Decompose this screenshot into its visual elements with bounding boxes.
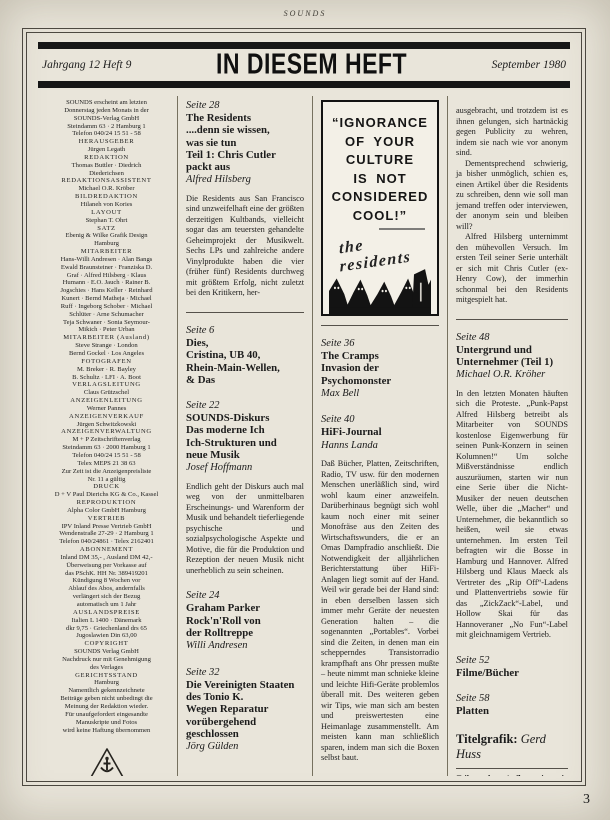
masthead-line: Telex MEPS 21 38 63 — [41, 460, 172, 468]
masthead-line: Werner Pannes — [41, 405, 172, 413]
masthead-heading: REDAKTION — [41, 154, 172, 162]
masthead-heading: HERAUSGEBER — [41, 138, 172, 146]
ad-line: CONSIDERED — [329, 188, 431, 207]
masthead-line: Jogschies · Hans Keller · Reinhard — [41, 287, 172, 295]
masthead-line: M. Breker · R. Bayley — [41, 366, 172, 374]
masthead-line: Steve Strange · London — [41, 342, 172, 350]
residents-ad: “IGNORANCE OF YOUR CULTURE IS NOT CONSID… — [321, 100, 439, 316]
entry-title: Untergrund und — [456, 344, 568, 356]
masthead-line: Humann · E.O. Jauch · Rainer B. — [41, 279, 172, 287]
toc-column-3: ausgebracht, und trotzdem ist es ihnen g… — [448, 96, 572, 776]
toc-entry: Seite 48Untergrund undUnternehmer (Teil … — [456, 331, 568, 641]
entry-body: Die Residents aus San Francisco sind unz… — [186, 194, 304, 299]
masthead-line: Donnerstag jeden Monats in der — [41, 107, 172, 115]
masthead-heading: COPYRIGHT — [41, 640, 172, 648]
masthead-heading: REPRODUKTION — [41, 499, 172, 507]
masthead-heading: MITARBEITER (Ausland) — [41, 334, 172, 342]
entry-author: Josef Hoffmann — [186, 461, 304, 475]
entry-title: Filme/Bücher — [456, 667, 568, 679]
entry-title: vorübergehend — [186, 716, 304, 728]
ad-line: COOL!” — [329, 207, 431, 226]
issue-label: Jahrgang 12 Heft 9 — [42, 59, 131, 71]
magazine-name: SOUNDS — [0, 9, 610, 18]
entry-title: neue Musik — [186, 449, 304, 461]
entry-paragraph: Dementsprechend schwierig, ja bisher unm… — [456, 159, 568, 233]
masthead-line: Ebenig & Wilke Grafik Design — [41, 232, 172, 240]
masthead-line: M + P Zeitschriftenverlag — [41, 436, 172, 444]
masthead-line: Claus Grützschel — [41, 389, 172, 397]
toc-column-2: “IGNORANCE OF YOUR CULTURE IS NOT CONSID… — [313, 96, 448, 776]
masthead-line: Michael O.R. Kröber — [41, 185, 172, 193]
entry-title: Graham Parker — [186, 602, 304, 614]
masthead-heading: AUSLANDSPREISE — [41, 609, 172, 617]
masthead-line: Namentlich gekennzeichnete — [41, 687, 172, 695]
ad-line: “IGNORANCE — [329, 114, 431, 133]
ivw-triangle-logo — [87, 746, 127, 776]
masthead-heading: LAYOUT — [41, 209, 172, 217]
entry-page: Seite 52 — [456, 654, 568, 667]
entry-body: ausgebracht, und trotzdem ist es ihnen g… — [456, 106, 568, 306]
bottom-block: Titelgrafik: Gerd Huss Teilen der Auflag… — [456, 730, 568, 776]
masthead-line: SOUNDS-Verlag GmbH — [41, 115, 172, 123]
ad-line: CULTURE — [329, 151, 431, 170]
masthead-line: Kunert · Bernd Matheja · Michael — [41, 295, 172, 303]
masthead-line: Inland DM 35,- , Ausland DM 42,- — [41, 554, 172, 562]
entry-page: Seite 36 — [321, 337, 439, 350]
entry-title: SOUNDS-Diskurs — [186, 412, 304, 424]
entry-body: Endlich geht der Diskurs auch mal weg vo… — [186, 482, 304, 577]
masthead-line: Thomas Buttler · Diedrich — [41, 162, 172, 170]
toc-entries: ausgebracht, und trotzdem ist es ihnen g… — [456, 99, 568, 730]
masthead-heading: ABONNEMENT — [41, 546, 172, 554]
masthead-heading: DRUCK — [41, 483, 172, 491]
page-frame-inner: Jahrgang 12 Heft 9 IN DIESEM HEFT Septem… — [26, 32, 582, 782]
section-rule — [456, 319, 568, 320]
masthead-line: Kündigung 8 Wochen vor — [41, 577, 172, 585]
entry-author: Max Bell — [321, 387, 439, 401]
entry-title: Psychomonster — [321, 375, 439, 387]
entry-title: geschlossen — [186, 728, 304, 740]
toc-column-1: Seite 28The Residents....denn sie wissen… — [178, 96, 313, 776]
header-bar-bottom — [38, 81, 570, 88]
masthead-heading: SATZ — [41, 225, 172, 233]
masthead-line: Stephan T. Ohrt — [41, 217, 172, 225]
masthead-line: Zur Zeit ist die Anzeigenpreisliste — [41, 468, 172, 476]
entry-title: Cristina, UB 40, — [186, 349, 304, 361]
masthead-line: Ruff · Ingeborg Schober · Michael — [41, 303, 172, 311]
entry-page: Seite 22 — [186, 399, 304, 412]
entry-title: Dies, — [186, 337, 304, 349]
page-number: 3 — [583, 792, 590, 808]
masthead-heading: VERTRIEB — [41, 515, 172, 523]
masthead-line: Telefon 040/24861 · Telex 2162401 — [41, 538, 172, 546]
magazine-toc-page: SOUNDS Jahrgang 12 Heft 9 IN DIESEM HEFT… — [0, 0, 610, 820]
masthead-line: Hans-Willi Andresen · Alan Bangs — [41, 256, 172, 264]
masthead-line: Mikich · Peter Urban — [41, 326, 172, 334]
entry-page: Seite 28 — [186, 99, 304, 112]
masthead-heading: ANZEIGENVERKAUF — [41, 413, 172, 421]
masthead-heading: MITARBEITER — [41, 248, 172, 256]
masthead-line: Bernd Gockel · Los Angeles — [41, 350, 172, 358]
masthead-line: verlängert sich der Bezug — [41, 593, 172, 601]
entry-title: Rhein-Main-Wellen, — [186, 362, 304, 374]
masthead-line: Hamburg — [41, 240, 172, 248]
entry-body: Daß Bücher, Platten, Zeitschriften, Radi… — [321, 459, 439, 764]
entry-title: Unternehmer (Teil 1) — [456, 356, 568, 368]
logo-wrap — [41, 746, 172, 776]
masthead-line: Wendenstraße 27-29 · 2 Hamburg 1 — [41, 530, 172, 538]
toc-entry: Seite 6Dies,Cristina, UB 40,Rhein-Main-W… — [186, 324, 304, 386]
entry-page: Seite 24 — [186, 589, 304, 602]
masthead-heading: FOTOGRAFEN — [41, 358, 172, 366]
masthead-heading: BILDREDAKTION — [41, 193, 172, 201]
insert-note: Teilen der Auflage ist ein Prospekt der … — [456, 768, 568, 776]
entry-author: Hanns Landa — [321, 439, 439, 453]
entry-page: Seite 32 — [186, 666, 304, 679]
masthead-line: Italien L 1400 · Dänemark — [41, 617, 172, 625]
entry-body: In den letzten Monaten häuften sich die … — [456, 389, 568, 641]
masthead-line: Steindamm 63 · 2 Hamburg 1 — [41, 123, 172, 131]
entry-title: HiFi-Journal — [321, 426, 439, 438]
masthead-line: des Verlages — [41, 664, 172, 672]
toc-entry: Seite 58Platten — [456, 692, 568, 717]
entry-author: Michael O.R. Kröher — [456, 368, 568, 382]
masthead-line: Jürgen Legath — [41, 146, 172, 154]
entry-author: Willi Andresen — [186, 639, 304, 653]
toc-entries: Seite 36The CrampsInvasion derPsychomons… — [321, 337, 439, 764]
entry-title: Teil 1: Chris Cutler — [186, 149, 304, 161]
masthead-line: Ablauf des Abos, andernfalls — [41, 585, 172, 593]
masthead-line: B. Schultz · LFI · A. Boot — [41, 374, 172, 382]
entry-page: Seite 48 — [456, 331, 568, 344]
masthead-line: Für unaufgefordert eingesandte — [41, 711, 172, 719]
ad-line: OF YOUR — [329, 133, 431, 152]
section-rule — [186, 312, 304, 313]
entry-title: Rock'n'Roll von — [186, 615, 304, 627]
masthead-line: Schlüter · Arne Schumacher — [41, 311, 172, 319]
entry-author: Jörg Gülden — [186, 740, 304, 754]
entry-title: Das moderne Ich — [186, 424, 304, 436]
entry-page: Seite 58 — [456, 692, 568, 705]
entry-paragraph: Alfred Hilsberg unternimmt den mühevolle… — [456, 232, 568, 306]
masthead-line: Jürgen Schwitzkowski — [41, 421, 172, 429]
masthead-line: Teja Schwaner · Sonia Seymour- — [41, 319, 172, 327]
masthead-line: D + V Paul Dierichs KG & Co., Kassel — [41, 491, 172, 499]
entry-title: & Das — [186, 374, 304, 386]
masthead-line: Nachdruck nur mit Genehmigung — [41, 656, 172, 664]
masthead-line: Graf · Alfred Hilsberg · Klaus — [41, 272, 172, 280]
toc-entry: Seite 52Filme/Bücher — [456, 654, 568, 679]
masthead-line: Diederichsen — [41, 170, 172, 178]
entry-title: Ich-Strukturen und — [186, 437, 304, 449]
toc-entry: Seite 22SOUNDS-DiskursDas moderne IchIch… — [186, 399, 304, 576]
masthead-line: wird keine Haftung übernommen — [41, 727, 172, 735]
masthead-heading: VERLAGSLEITUNG — [41, 381, 172, 389]
masthead-line: Beiträge geben nicht unbedingt die — [41, 695, 172, 703]
masthead-heading: ANZEIGENVERWALTUNG — [41, 428, 172, 436]
masthead-lines: SOUNDS erscheint am letztenDonnerstag je… — [41, 99, 172, 734]
masthead-line: das PSchK. HH Nr. 389419201 — [41, 570, 172, 578]
entry-paragraph: ausgebracht, und trotzdem ist es ihnen g… — [456, 106, 568, 159]
masthead-heading: GERICHTSSTAND — [41, 672, 172, 680]
date-label: September 1980 — [492, 59, 566, 71]
title-graphic-credit: Titelgrafik: Gerd Huss — [456, 732, 568, 762]
masthead-heading: ANZEIGENLEITUNG — [41, 397, 172, 405]
entry-title: Die Vereinigten Staaten — [186, 679, 304, 691]
toc-entry: Seite 28The Residents....denn sie wissen… — [186, 99, 304, 299]
masthead-line: Jugoslawien Din 63,00 — [41, 632, 172, 640]
entry-page: Seite 40 — [321, 413, 439, 426]
entry-page: Seite 6 — [186, 324, 304, 337]
masthead-heading: REDAKTIONSASSISTENT — [41, 177, 172, 185]
masthead-line: SOUNDS Verlag GmbH — [41, 648, 172, 656]
masthead-column: SOUNDS erscheint am letztenDonnerstag je… — [36, 96, 178, 776]
entry-title: packt aus — [186, 161, 304, 173]
masthead-line: Steindamm 63 · 2000 Hamburg 1 — [41, 444, 172, 452]
masthead-line: Überweisung per Vorkasse auf — [41, 562, 172, 570]
entry-title: was sie tun — [186, 137, 304, 149]
masthead-line: Hilaneh von Kories — [41, 201, 172, 209]
entry-title: Invasion der — [321, 362, 439, 374]
ad-line: IS NOT — [329, 170, 431, 189]
credit-label: Titelgrafik: — [456, 732, 518, 746]
page-title: IN DIESEM HEFT — [216, 48, 407, 82]
page-frame: Jahrgang 12 Heft 9 IN DIESEM HEFT Septem… — [22, 28, 586, 786]
entry-title: Platten — [456, 705, 568, 717]
masthead-line: Alpha Color GmbH Hamburg — [41, 507, 172, 515]
toc-entry: Seite 32Die Vereinigten Staatendes Tonio… — [186, 666, 304, 754]
masthead-line: IPV Inland Presse Vertrieb GmbH — [41, 523, 172, 531]
toc-entry: Seite 24Graham ParkerRock'n'Roll vonder … — [186, 589, 304, 652]
masthead-line: Meinung der Redaktion wieder. — [41, 703, 172, 711]
masthead-line: Ewald Braunsteiner · Franziska D. — [41, 264, 172, 272]
toc-entry: ausgebracht, und trotzdem ist es ihnen g… — [456, 106, 568, 306]
masthead-line: Hamburg — [41, 679, 172, 687]
entry-author: Alfred Hilsberg — [186, 173, 304, 187]
entry-title: The Residents — [186, 112, 304, 124]
masthead-line: dkr 9,75 · Griechenland drs 65 — [41, 625, 172, 633]
masthead-line: SOUNDS erscheint am letzten — [41, 99, 172, 107]
masthead-line: Telefon 040/24 15 51 - 58 — [41, 130, 172, 138]
masthead-line: Nr. 11 a gültig — [41, 476, 172, 484]
header-row: Jahrgang 12 Heft 9 IN DIESEM HEFT Septem… — [36, 49, 572, 81]
toc-entry: Seite 36The CrampsInvasion derPsychomons… — [321, 337, 439, 400]
masthead-line: Manuskripte und Fotos — [41, 719, 172, 727]
toc-entry: Seite 40HiFi-JournalHanns LandaDaß Büche… — [321, 413, 439, 763]
masthead-line: automatisch um 1 Jahr — [41, 601, 172, 609]
entry-title: ....denn sie wissen, — [186, 124, 304, 136]
entry-title: Wegen Reparatur — [186, 703, 304, 715]
entry-title: The Cramps — [321, 350, 439, 362]
masthead-line: Telefon 040/24 15 51 - 58 — [41, 452, 172, 460]
section-rule — [321, 325, 439, 326]
entry-title: des Tonio K. — [186, 691, 304, 703]
content-columns: SOUNDS erscheint am letztenDonnerstag je… — [36, 96, 572, 776]
entry-title: der Rolltreppe — [186, 627, 304, 639]
